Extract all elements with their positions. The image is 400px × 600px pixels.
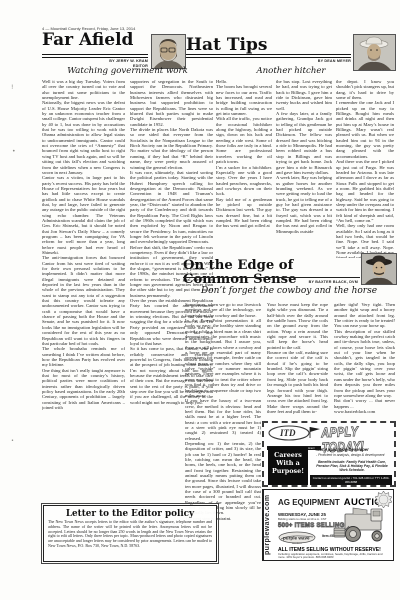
ag-equipment-text: AG EQUIPMENT	[278, 498, 340, 507]
hat-tips-byline: BY DEAN MEYER	[245, 59, 351, 63]
common-sense-column-3: gather tight! Very tight. Then another t…	[334, 302, 395, 416]
itd-logo: ITD Information Technology Department	[267, 425, 321, 443]
far-afield-column-1: Well it was a big day Tuesday. Voters fr…	[42, 79, 125, 491]
baxter-black-portrait	[362, 254, 396, 284]
jerry-kram-photo	[151, 34, 186, 69]
svg-text:ITD: ITD	[279, 428, 296, 438]
scan-artifact: !	[11, 84, 13, 91]
itd-logo-graphic: ITD	[267, 425, 321, 443]
careers-purpose-box: Careers With a Purpose!	[268, 447, 308, 485]
job-detail: - Proficient in analysis, design & devel…	[316, 453, 392, 457]
svg-text:auction: auction	[292, 541, 302, 545]
hat-tips-column-2: the bus stop. Lost everything he had, an…	[276, 79, 332, 258]
job-title: • .Net Application Developer	[313, 447, 391, 452]
hat-tips-title: Hat Tips	[186, 36, 267, 54]
common-sense-column-2: Your horse must keep the rope tight whil…	[267, 302, 328, 416]
jerry-kram-portrait	[152, 35, 185, 68]
far-afield-headline: Watching government work	[42, 66, 213, 76]
common-sense-rule	[183, 277, 360, 278]
purplewave-vertical-url: purplewave.com	[263, 490, 276, 560]
common-sense-headline: Don’t forget the cowboy and the horse	[183, 286, 395, 296]
careers-line-1: Careers	[268, 451, 308, 459]
ag-auction-ad: purplewave.com AG EQUIPMENT AUCTION WEDN…	[262, 489, 394, 561]
far-afield-rule	[42, 54, 148, 58]
hat-tips-rule	[186, 54, 351, 58]
hat-tips-column-3: the depot. I know you shouldn’t pick str…	[336, 79, 394, 258]
combine-harvester-image	[333, 506, 391, 544]
hat-tips-headline: Another hitcher	[216, 66, 366, 76]
itd-contact-bar: Contact us at www.nd.gov/itd • 701-328-1…	[310, 475, 392, 485]
far-afield-byline: BY JERRY W. KRAM	[42, 59, 148, 63]
purplewave-logo: purple wave auction	[278, 531, 318, 545]
letter-policy-body: The New Town News accepts letters to the…	[48, 520, 212, 562]
common-sense-byline: BY BAXTER BLACK, DVM	[240, 280, 358, 284]
hat-tips-column-1: Hello. The boom has brought several new …	[216, 79, 272, 258]
newspaper-page: ! • • 4 — Mountrail County Record, Frida…	[0, 0, 400, 600]
baxter-black-photo	[361, 253, 397, 285]
benefits-text: Benefits include: Family Paid Health Car…	[313, 460, 391, 472]
dean-meyer-portrait	[354, 35, 395, 70]
svg-text:purple wave: purple wave	[283, 535, 310, 540]
scan-artifact: •	[12, 148, 16, 155]
letter-policy-title: Letter to the Editor policy	[44, 509, 216, 519]
far-afield-title: Far Afield	[42, 31, 133, 49]
auction-details: Including: application equipment, combin…	[278, 553, 386, 560]
careers-line-2: With a	[268, 459, 308, 467]
scan-artifact: •	[11, 438, 14, 444]
itd-careers-ad: ITD Information Technology Department AP…	[262, 421, 396, 487]
careers-line-3: Purpose!	[268, 467, 308, 475]
letter-policy-box: Letter to the Editor policy The New Town…	[43, 505, 217, 562]
